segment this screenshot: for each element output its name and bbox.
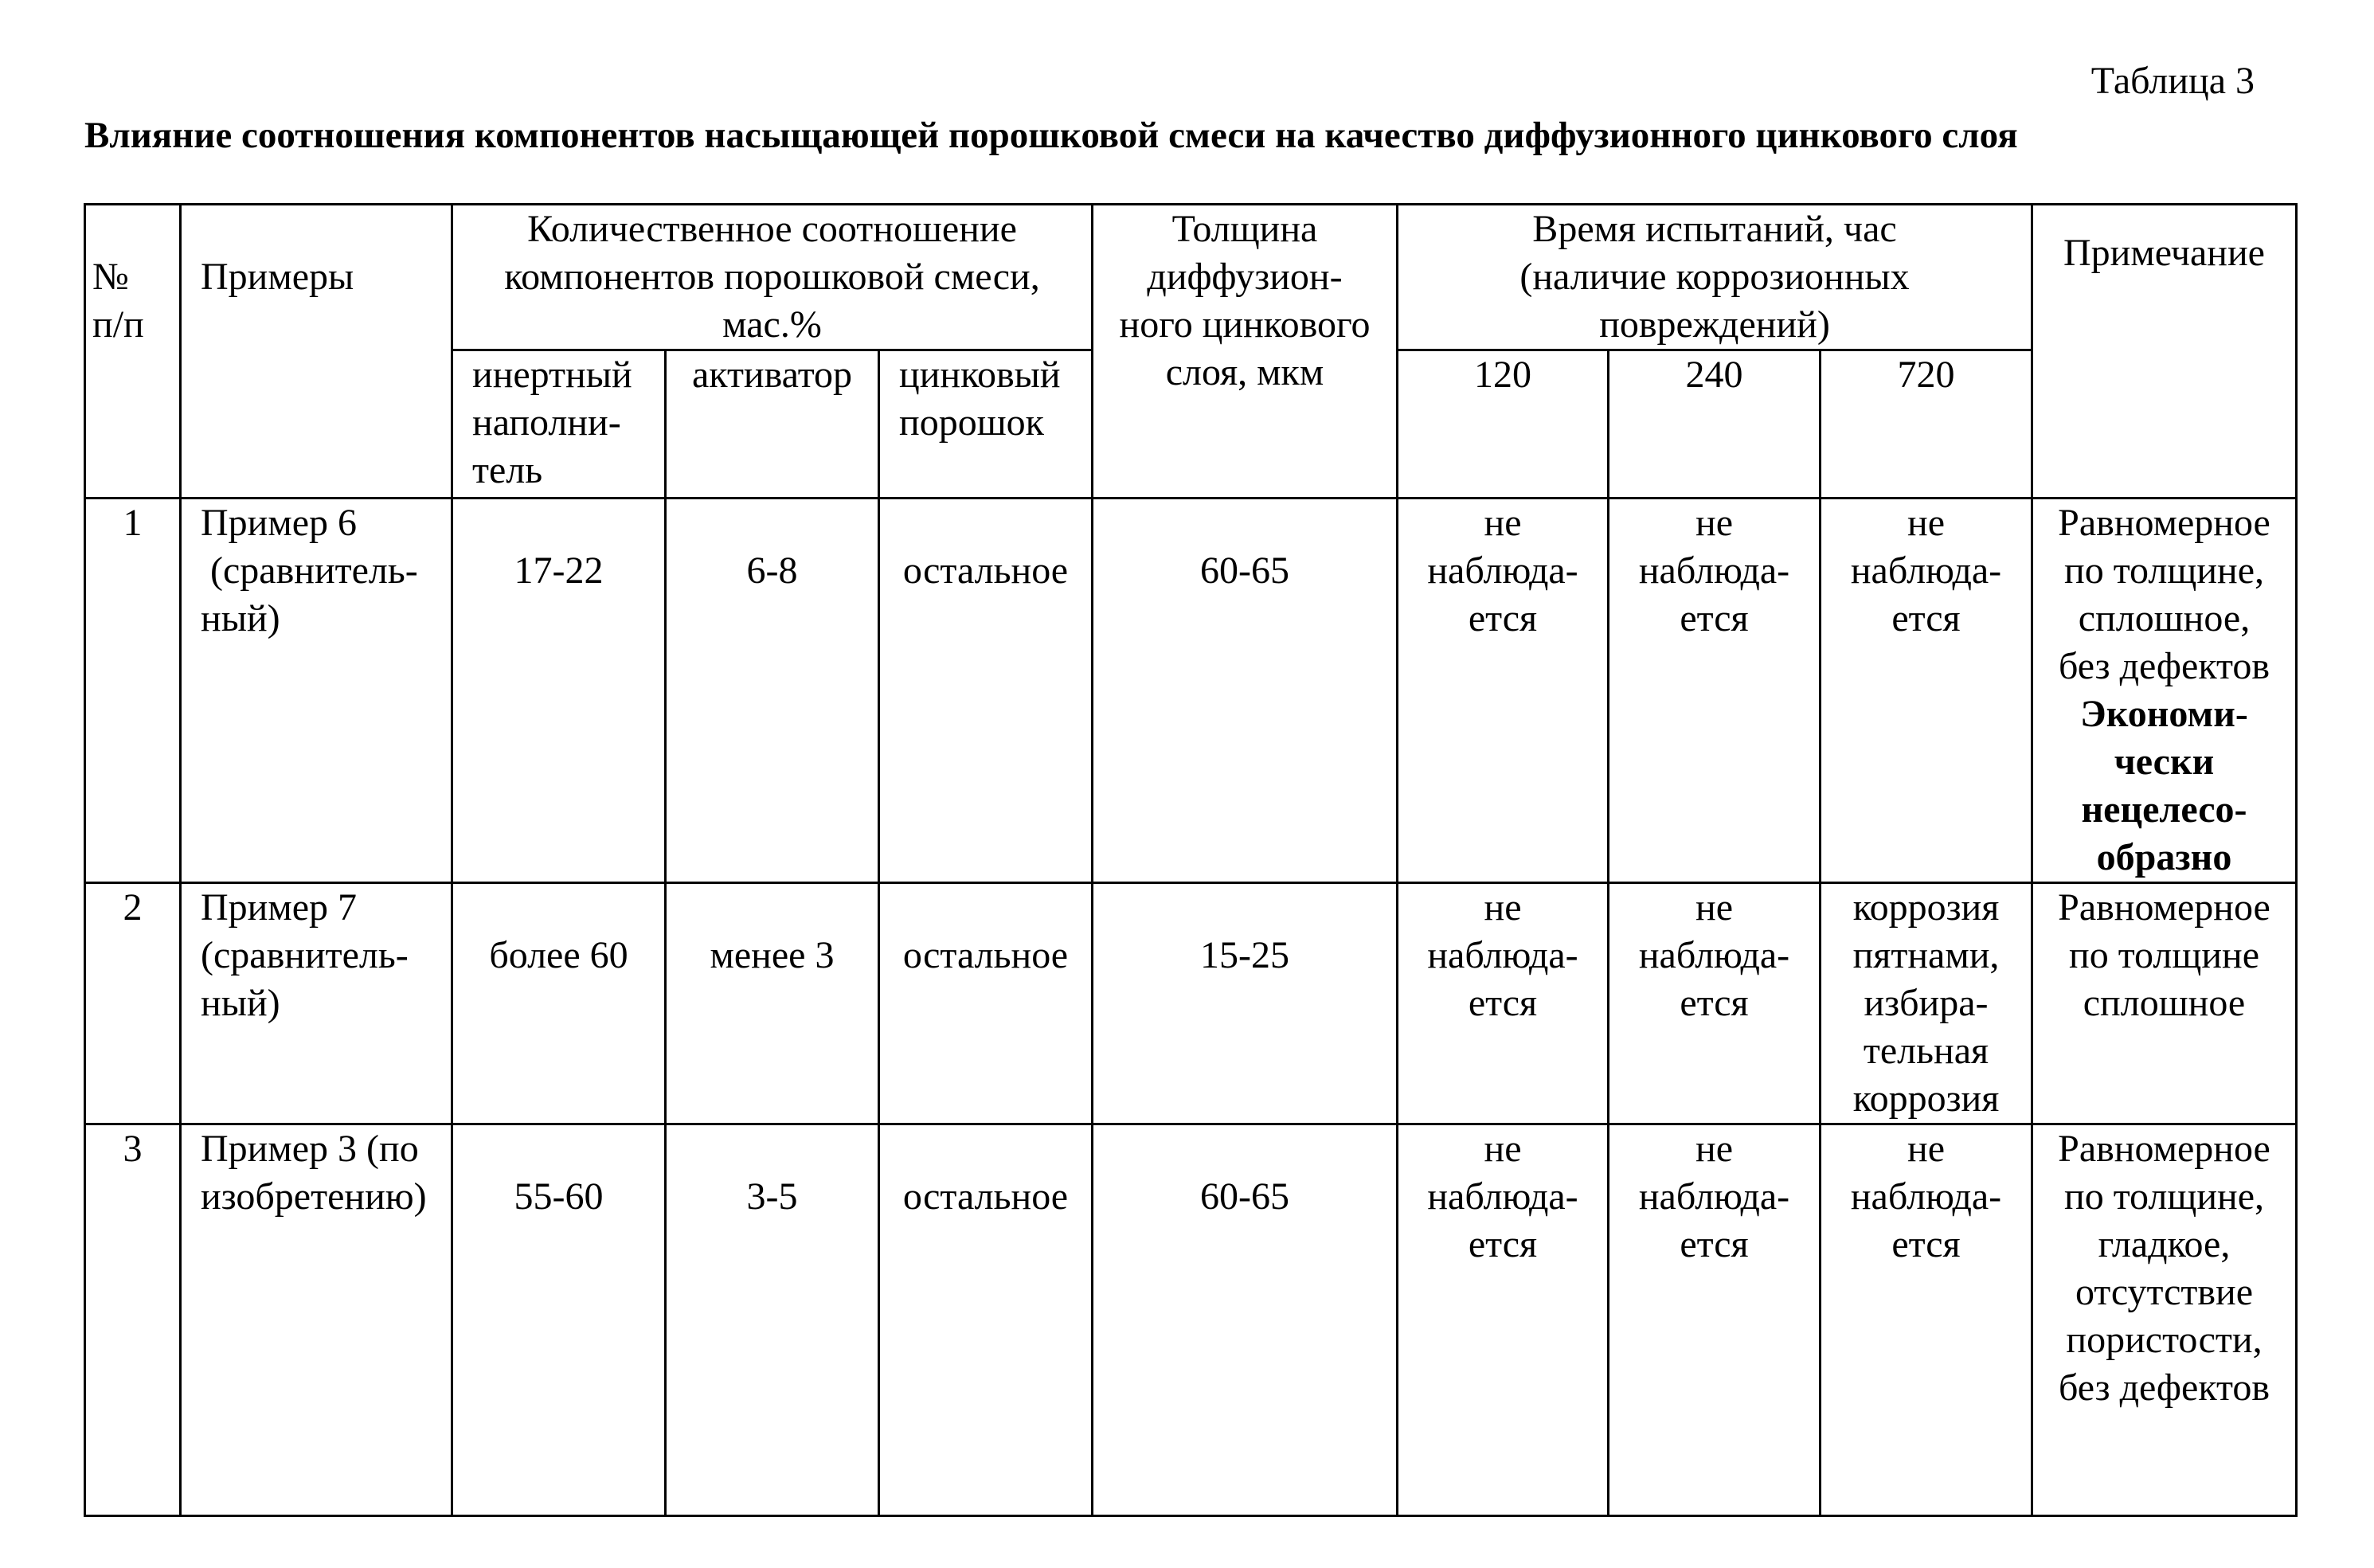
table-label: Таблица 3 (2091, 57, 2255, 105)
header-line: (наличие коррозионных (1405, 253, 2024, 301)
cell-line: ется (1828, 595, 2024, 643)
header-line: мас.% (460, 301, 1085, 349)
cell-time-240: не наблюда- ется (1609, 1124, 1821, 1516)
cell-line: гладкое, (2040, 1221, 2289, 1269)
cell-line: наблюда- (1616, 547, 1813, 595)
cell-line: наблюда- (1616, 1173, 1813, 1221)
cell-line: Равномерное (2040, 1125, 2289, 1173)
header-time-240: 240 (1609, 350, 1821, 499)
cell-line: ный) (201, 595, 444, 643)
header-note: Примечание (2032, 205, 2297, 499)
cell-activator: 6-8 (666, 499, 879, 883)
header-line: тель (472, 447, 658, 495)
header-number-line: № (92, 253, 173, 301)
header-time-720: 720 (1821, 350, 2032, 499)
header-line: повреждений) (1405, 301, 2024, 349)
cell-line-bold: Экономи- (2040, 690, 2289, 738)
header-line: компонентов порошковой смеси, (460, 253, 1085, 301)
cell-line: ется (1405, 980, 1601, 1027)
header-line: порошок (899, 399, 1085, 447)
cell-time-720: не наблюда- ется (1821, 1124, 2032, 1516)
cell-line: наблюда- (1405, 1173, 1601, 1221)
cell-line: Равномерное (2040, 499, 2289, 547)
cell-thickness: 15-25 (1093, 883, 1398, 1124)
cell-line: ется (1616, 980, 1813, 1027)
cell-line: наблюда- (1405, 547, 1601, 595)
cell-line: наблюда- (1828, 1173, 2024, 1221)
cell-line: ется (1828, 1221, 2024, 1269)
header-activator: активатор (666, 350, 879, 499)
cell-line: Пример 6 (201, 499, 444, 547)
cell-example: Пример 7 (сравнитель- ный) (181, 883, 452, 1124)
cell-line: Равномерное (2040, 884, 2289, 932)
header-line: ного цинкового (1100, 301, 1390, 349)
cell-time-720: коррозия пятнами, избира- тельная корроз… (1821, 883, 2032, 1124)
cell-line: по толщине, (2040, 547, 2289, 595)
cell-line: не (1616, 1125, 1813, 1173)
cell-activator: 3-5 (666, 1124, 879, 1516)
cell-line: пористости, (2040, 1316, 2289, 1364)
table-row: 3 Пример 3 (по изобретению) 55-60 3-5 ос… (85, 1124, 2297, 1516)
cell-time-120: не наблюда- ется (1398, 499, 1609, 883)
cell-line: не (1828, 1125, 2024, 1173)
cell-inert-filler: более 60 (452, 883, 666, 1124)
cell-line: не (1616, 884, 1813, 932)
cell-time-120: не наблюда- ется (1398, 883, 1609, 1124)
header-zinc-powder: цинковый порошок (879, 350, 1093, 499)
table-row: 2 Пример 7 (сравнитель- ный) более 60 ме… (85, 883, 2297, 1124)
header-thickness: Толщина диффузион- ного цинкового слоя, … (1093, 205, 1398, 499)
cell-thickness: 60-65 (1093, 499, 1398, 883)
cell-line: сплошное, (2040, 595, 2289, 643)
cell-note: Равномерное по толщине сплошное (2032, 883, 2297, 1124)
header-line: наполни- (472, 399, 658, 447)
cell-line: сплошное (2040, 980, 2289, 1027)
cell-line: Пример 3 (по (201, 1125, 444, 1173)
header-line: Время испытаний, час (1405, 205, 2024, 253)
cell-time-240: не наблюда- ется (1609, 499, 1821, 883)
cell-number: 1 (85, 499, 181, 883)
cell-line: пятнами, (1828, 932, 2024, 980)
cell-line: без дефектов (2040, 1364, 2289, 1412)
cell-time-240: не наблюда- ется (1609, 883, 1821, 1124)
header-line: инертный (472, 351, 658, 399)
cell-line: изобретению) (201, 1173, 444, 1221)
cell-line: ется (1616, 1221, 1813, 1269)
cell-line: ется (1405, 1221, 1601, 1269)
cell-zinc-powder: остальное (879, 883, 1093, 1124)
document-title: Влияние соотношения компонентов насыщающ… (84, 111, 2018, 159)
cell-line: коррозия (1828, 884, 2024, 932)
results-table: № п/п Примеры Количественное соотношение… (84, 203, 2298, 1517)
cell-line: коррозия (1828, 1075, 2024, 1123)
header-number-line: п/п (92, 301, 173, 349)
cell-line: не (1405, 884, 1601, 932)
header-inert-filler: инертный наполни- тель (452, 350, 666, 499)
cell-inert-filler: 17-22 (452, 499, 666, 883)
header-line: Толщина (1100, 205, 1390, 253)
cell-line: тельная (1828, 1027, 2024, 1075)
cell-line: по толщине, (2040, 1173, 2289, 1221)
cell-line: Пример 7 (201, 884, 444, 932)
header-composition-group: Количественное соотношение компонентов п… (452, 205, 1093, 350)
cell-number: 3 (85, 1124, 181, 1516)
header-examples: Примеры (181, 205, 452, 499)
cell-line: ный) (201, 980, 444, 1027)
header-line: слоя, мкм (1100, 349, 1390, 397)
cell-time-720: не наблюда- ется (1821, 499, 2032, 883)
cell-thickness: 60-65 (1093, 1124, 1398, 1516)
cell-line: отсутствие (2040, 1269, 2289, 1316)
cell-line: наблюда- (1405, 932, 1601, 980)
header-number: № п/п (85, 205, 181, 499)
cell-activator: менее 3 (666, 883, 879, 1124)
cell-line-bold: чески (2040, 738, 2289, 786)
cell-line: не (1405, 1125, 1601, 1173)
cell-line-bold: образно (2040, 834, 2289, 882)
cell-number: 2 (85, 883, 181, 1124)
cell-line: не (1828, 499, 2024, 547)
cell-line: без дефектов (2040, 643, 2289, 690)
cell-line: ется (1405, 595, 1601, 643)
cell-note: Равномерное по толщине, гладкое, отсутст… (2032, 1124, 2297, 1516)
cell-line-bold: нецелесо- (2040, 786, 2289, 834)
cell-zinc-powder: остальное (879, 1124, 1093, 1516)
cell-line: наблюда- (1828, 547, 2024, 595)
header-time-120: 120 (1398, 350, 1609, 499)
cell-zinc-powder: остальное (879, 499, 1093, 883)
header-row-1: № п/п Примеры Количественное соотношение… (85, 205, 2297, 350)
cell-line: ется (1616, 595, 1813, 643)
cell-time-120: не наблюда- ется (1398, 1124, 1609, 1516)
cell-line: (сравнитель- (201, 547, 444, 595)
cell-note: Равномерное по толщине, сплошное, без де… (2032, 499, 2297, 883)
header-test-time-group: Время испытаний, час (наличие коррозионн… (1398, 205, 2032, 350)
cell-line: наблюда- (1616, 932, 1813, 980)
cell-inert-filler: 55-60 (452, 1124, 666, 1516)
header-line: цинковый (899, 351, 1085, 399)
cell-line: по толщине (2040, 932, 2289, 980)
cell-line: не (1405, 499, 1601, 547)
cell-example: Пример 3 (по изобретению) (181, 1124, 452, 1516)
header-line: Количественное соотношение (460, 205, 1085, 253)
cell-line: (сравнитель- (201, 932, 444, 980)
header-line: диффузион- (1100, 253, 1390, 301)
cell-line: избира- (1828, 980, 2024, 1027)
cell-example: Пример 6 (сравнитель- ный) (181, 499, 452, 883)
cell-line: не (1616, 499, 1813, 547)
table-row: 1 Пример 6 (сравнитель- ный) 17-22 6-8 о… (85, 499, 2297, 883)
